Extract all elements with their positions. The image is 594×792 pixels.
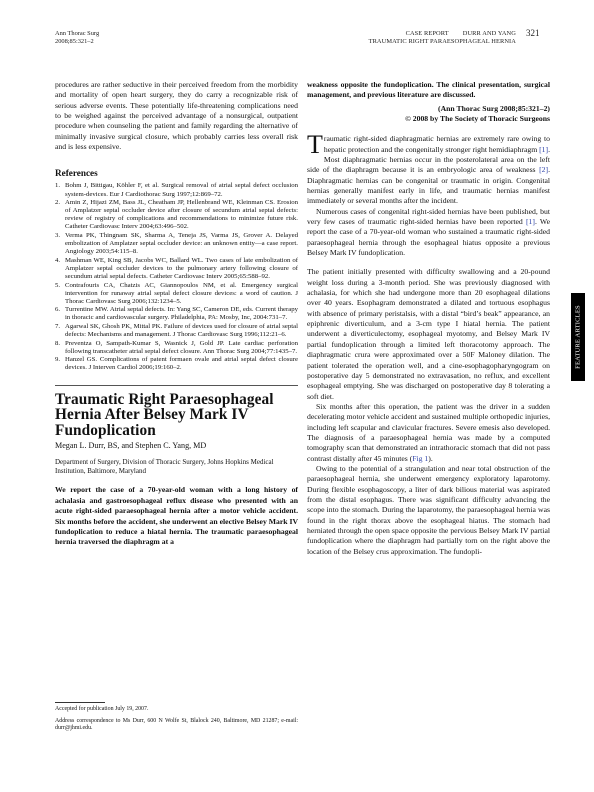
article-authors: Megan L. Durr, BS, and Stephen C. Yang, … <box>55 441 298 450</box>
previous-article-closing: procedures are rather seductive in their… <box>55 80 298 152</box>
author-affiliation: Department of Surgery, Division of Thora… <box>55 458 298 475</box>
reference-item: 7.Agarwal SK, Ghosh PK, Mittal PK. Failu… <box>55 323 298 339</box>
reference-item: 6.Turrentine MW. Atrial septal defects. … <box>55 306 298 322</box>
correspondence-address: Address correspondence to Ms Durr, 600 N… <box>55 718 298 733</box>
left-column: procedures are rather seductive in their… <box>55 80 298 548</box>
reference-item: 9.Hanzel GS. Complications of patent for… <box>55 356 298 372</box>
running-head-right: CASE REPORTDURR AND YANG TRAUMATIC RIGHT… <box>369 30 516 46</box>
section-label: CASE REPORT <box>406 30 449 37</box>
accepted-date: Accepted for publication July 19, 2007. <box>55 706 298 714</box>
citation-line: (Ann Thorac Surg 2008;85:321–2) <box>307 104 550 114</box>
feature-articles-tab: FEATURE ARTICLES <box>571 293 585 381</box>
article-title: Traumatic Right Paraesophageal Hernia Af… <box>55 392 298 439</box>
right-column: weakness opposite the fundoplication. Th… <box>307 80 550 557</box>
reference-item: 2.Amin Z, Hijazi ZM, Bass JL, Cheatham J… <box>55 199 298 231</box>
intro-paragraph-1: Traumatic right-sided diaphragmatic hern… <box>307 134 550 206</box>
references-heading: References <box>55 168 298 178</box>
authors-short: DURR AND YANG <box>463 30 516 37</box>
intro-paragraph-2: Numerous cases of congenital right-sided… <box>307 207 550 259</box>
footnotes: Accepted for publication July 19, 2007. … <box>55 706 298 733</box>
case-paragraph-2: Six months after this operation, the pat… <box>307 402 550 464</box>
footnote-divider <box>55 702 105 703</box>
case-paragraph-3: Owing to the potential of a strangulatio… <box>307 464 550 557</box>
reference-item: 4.Mashman WE, King SB, Jacobs WC, Ballar… <box>55 257 298 281</box>
reference-item: 8.Preventza O, Sampath-Kumar S, Wasnick … <box>55 340 298 356</box>
article-divider <box>55 385 298 386</box>
reference-item: 3.Verma PK, Thingnam SK, Sharma A, Tenej… <box>55 232 298 256</box>
reference-link-1[interactable]: [1] <box>539 145 548 154</box>
journal-name: Ann Thorac Surg <box>55 30 99 38</box>
drop-cap: T <box>307 135 323 155</box>
side-tab-label: FEATURE ARTICLES <box>575 305 582 369</box>
reference-link-2[interactable]: [2] <box>539 165 548 174</box>
reference-link-1b[interactable]: [1] <box>526 217 535 226</box>
copyright-line: © 2008 by The Society of Thoracic Surgeo… <box>307 114 550 124</box>
abstract-part-2: weakness opposite the fundoplication. Th… <box>307 80 550 101</box>
case-paragraph-1: The patient initially presented with dif… <box>307 267 550 401</box>
figure-link-1[interactable]: Fig 1 <box>412 454 428 463</box>
volume-info: 2008;85:321–2 <box>55 38 99 46</box>
references-list: 1.Bohm J, Bittigau, Köhler F, et al. Sur… <box>55 182 298 372</box>
running-head-left: Ann Thorac Surg 2008;85:321–2 <box>55 30 99 46</box>
page-number: 321 <box>526 28 540 38</box>
abstract-part-1: We report the case of a 70-year-old woma… <box>55 485 298 547</box>
reference-item: 5.Contrafouris CA, Chatzis AC, Giannopou… <box>55 282 298 306</box>
reference-item: 1.Bohm J, Bittigau, Köhler F, et al. Sur… <box>55 182 298 198</box>
running-title: TRAUMATIC RIGHT PARAESOPHAGEAL HERNIA <box>369 38 516 46</box>
